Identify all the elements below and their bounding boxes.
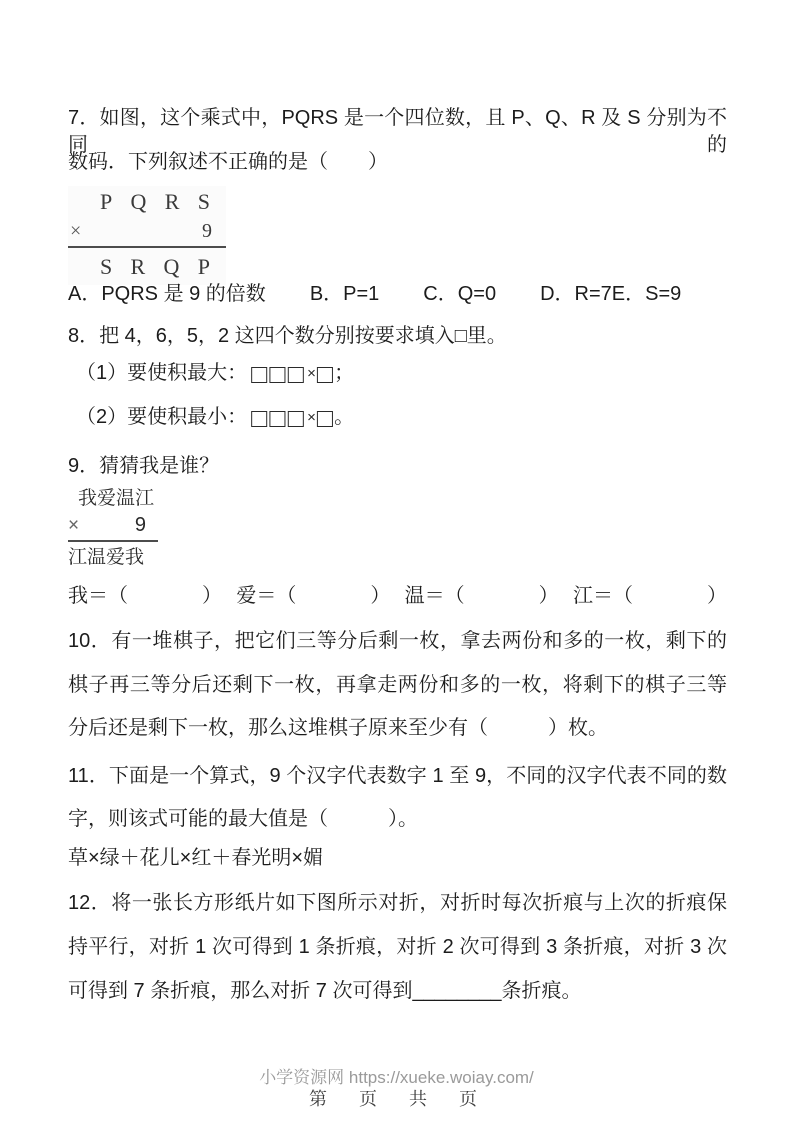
multiply-icon: ×	[307, 360, 316, 387]
q7-multiplication-figure: P Q R S × 9 S R Q P	[68, 186, 226, 285]
q9-equals-ai-close: ）	[370, 583, 390, 610]
q9-equals-ai-blank	[296, 583, 370, 610]
q9-equals-ai-open: 爱＝（	[236, 583, 296, 610]
q7-options-row: A．PQRS 是 9 的倍数 B．P=1 C．Q=0 D．R=7E．S=9	[68, 281, 727, 308]
q9-equals-wo: 我＝（）	[68, 583, 222, 610]
q9-equals-wen-blank	[465, 583, 539, 610]
q10-stem-line-1: 10．有一堆棋子，把它们三等分后剩一枚，拿去两份和多的一枚，剩下的	[68, 628, 727, 655]
q8-sub1-tail: ；	[334, 360, 354, 387]
q11-stem-line-2: 字，则该式可能的最大值是（ ）。	[68, 806, 727, 833]
footer-site-link[interactable]: 小学资源网 https://xueke.woiay.com/	[0, 1068, 793, 1088]
q11-formula: 草×绿＋花儿×红＋春光明×媚	[68, 845, 727, 872]
q8-sub1-blank-boxes: □□□	[251, 364, 306, 384]
q9-multiplication-figure: 我爱温江 × 9 江温爱我	[68, 487, 160, 569]
q7-figure-multiplier: 9	[202, 219, 212, 243]
q8-sub2: （2）要使积最小： □□□ × □ 。	[76, 404, 354, 431]
q12-stem-line-3: 可得到 7 条折痕，那么对折 7 次可得到________条折痕。	[68, 978, 727, 1005]
q7-figure-digit-r: R	[165, 189, 180, 215]
q9-equals-wo-open: 我＝（	[68, 583, 128, 610]
q8-sub2-tail: 。	[334, 404, 354, 431]
q7-figure-multiplier-row: × 9	[68, 217, 226, 246]
q11-stem-line-1: 11．下面是一个算式，9 个汉字代表数字 1 至 9，不同的汉字代表不同的数	[68, 763, 727, 790]
q8-sub1: （1）要使积最大： □□□ × □ ；	[76, 360, 354, 387]
q9-figure-product: 江温爱我	[68, 542, 160, 569]
q7-figure-digit-q: Q	[131, 189, 147, 215]
multiply-icon: ×	[68, 514, 79, 537]
q7-figure-product-p: P	[198, 254, 210, 280]
q9-equals-jiang-open: 江＝（	[573, 583, 633, 610]
q9-equals-wen: 温＝（）	[405, 583, 559, 610]
q9-stem: 9．猜猜我是谁？	[68, 453, 727, 480]
multiply-icon: ×	[307, 404, 316, 431]
q9-equals-jiang-close: ）	[707, 583, 727, 610]
multiply-icon: ×	[70, 219, 81, 243]
q9-figure-multiplicand: 我爱温江	[68, 487, 160, 510]
q9-equals-ai: 爱＝（）	[236, 583, 390, 610]
q8-sub1-label: （1）要使积最大：	[76, 360, 247, 387]
q9-equals-wo-blank	[128, 583, 202, 610]
q7-figure-digit-s: S	[198, 189, 210, 215]
q7-option-c: C．Q=0	[423, 281, 496, 308]
q7-figure-digit-p: P	[100, 189, 112, 215]
q8-sub2-label: （2）要使积最小：	[76, 404, 247, 431]
q8-sub2-blank-box: □	[317, 408, 333, 428]
q12-stem-line-1: 12．将一张长方形纸片如下图所示对折，对折时每次折痕与上次的折痕保	[68, 890, 727, 917]
q9-equals-wen-close: ）	[539, 583, 559, 610]
q7-figure-product-r: R	[131, 254, 146, 280]
q7-figure-product-s: S	[100, 254, 112, 280]
q7-figure-product-q: Q	[164, 254, 180, 280]
q9-figure-multiplier: 9	[135, 514, 146, 537]
q7-figure-multiplicand-row: P Q R S	[68, 186, 226, 217]
q7-figure-product-row: S R Q P	[68, 248, 226, 285]
q9-equals-jiang-blank	[633, 583, 707, 610]
q8-stem: 8．把 4，6，5，2 这四个数分别按要求填入□里。	[68, 323, 727, 350]
q7-stem-line-2: 数码．下列叙述不正确的是（ ）	[68, 149, 727, 176]
q9-equals-jiang: 江＝（）	[573, 583, 727, 610]
q12-stem-line-2: 持平行，对折 1 次可得到 1 条折痕，对折 2 次可得到 3 条折痕，对折 3…	[68, 934, 727, 961]
footer-page-label: 第 页 共 页	[0, 1089, 793, 1110]
q8-sub2-blank-boxes: □□□	[251, 408, 306, 428]
q7-option-a: A．PQRS 是 9 的倍数	[68, 281, 266, 308]
q8-sub1-blank-box: □	[317, 364, 333, 384]
q9-equals-row: 我＝（） 爱＝（） 温＝（） 江＝（）	[68, 583, 727, 610]
q9-figure-multiplier-row: × 9	[68, 510, 160, 540]
q10-stem-line-2: 棋子再三等分后还剩下一枚，再拿走两份和多的一枚，将剩下的棋子三等	[68, 672, 727, 699]
q9-equals-wo-close: ）	[202, 583, 222, 610]
q7-option-b: B．P=1	[310, 281, 379, 308]
q10-stem-line-3: 分后还是剩下一枚，那么这堆棋子原来至少有（ ）枚。	[68, 715, 727, 742]
q7-option-d-e: D．R=7E．S=9	[540, 281, 681, 308]
q9-equals-wen-open: 温＝（	[405, 583, 465, 610]
